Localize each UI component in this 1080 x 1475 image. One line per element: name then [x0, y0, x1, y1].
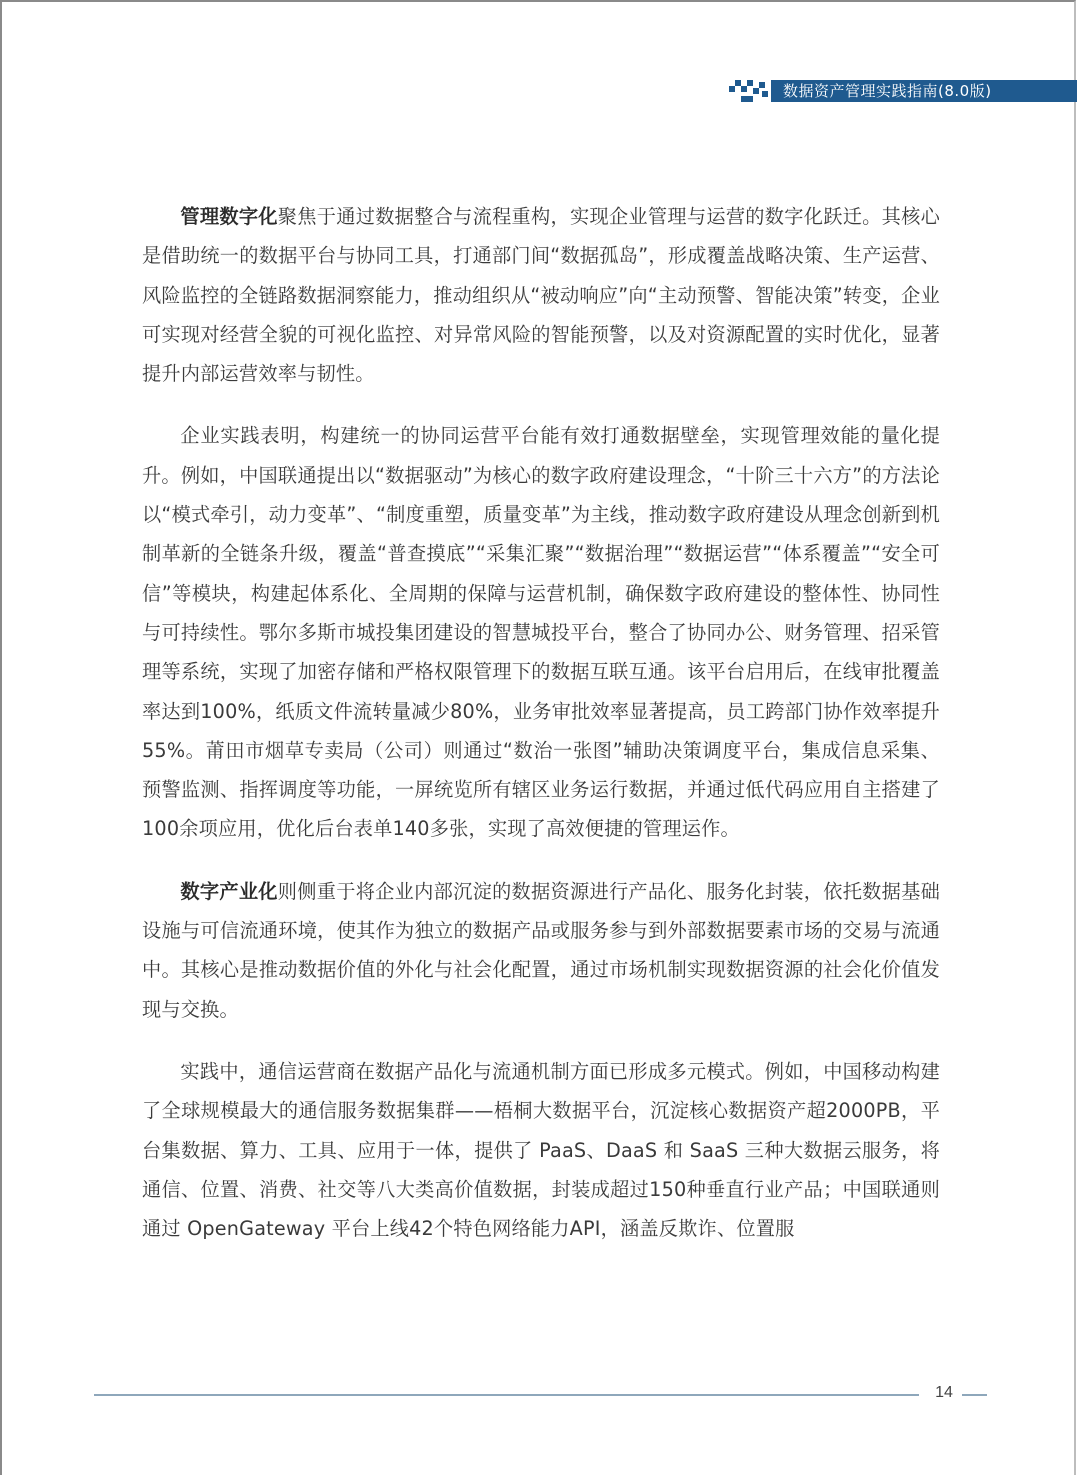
paragraph-text: 企业实践表明，构建统一的协同运营平台能有效打通数据壁垒，实现管理效能的量化提升。… [142, 424, 940, 840]
page-number: 14 [932, 1384, 956, 1402]
body-content: 管理数字化聚焦于通过数据整合与流程重构，实现企业管理与运营的数字化跃迁。其核心是… [142, 197, 940, 1248]
paragraph-digital-industrialization: 数字产业化则侧重于将企业内部沉淀的数据资源进行产品化、服务化封装，依托数据基础设… [142, 872, 940, 1029]
paragraph-text: 聚焦于通过数据整合与流程重构，实现企业管理与运营的数字化跃迁。其核心是借助统一的… [142, 205, 940, 385]
footer-divider [94, 1394, 919, 1396]
lead-term: 数字产业化 [180, 880, 277, 903]
lead-term: 管理数字化 [180, 205, 277, 228]
paragraph-operator-practice: 实践中，通信运营商在数据产品化与流通机制方面已形成多元模式。例如，中国移动构建了… [142, 1052, 940, 1248]
paragraph-text: 实践中，通信运营商在数据产品化与流通机制方面已形成多元模式。例如，中国移动构建了… [142, 1060, 940, 1240]
footer-divider-short [962, 1394, 987, 1396]
paragraph-enterprise-practice: 企业实践表明，构建统一的协同运营平台能有效打通数据壁垒，实现管理效能的量化提升。… [142, 416, 940, 848]
paragraph-management-digitalization: 管理数字化聚焦于通过数据整合与流程重构，实现企业管理与运营的数字化跃迁。其核心是… [142, 197, 940, 393]
document-title: 数据资产管理实践指南(8.0版) [783, 80, 992, 102]
